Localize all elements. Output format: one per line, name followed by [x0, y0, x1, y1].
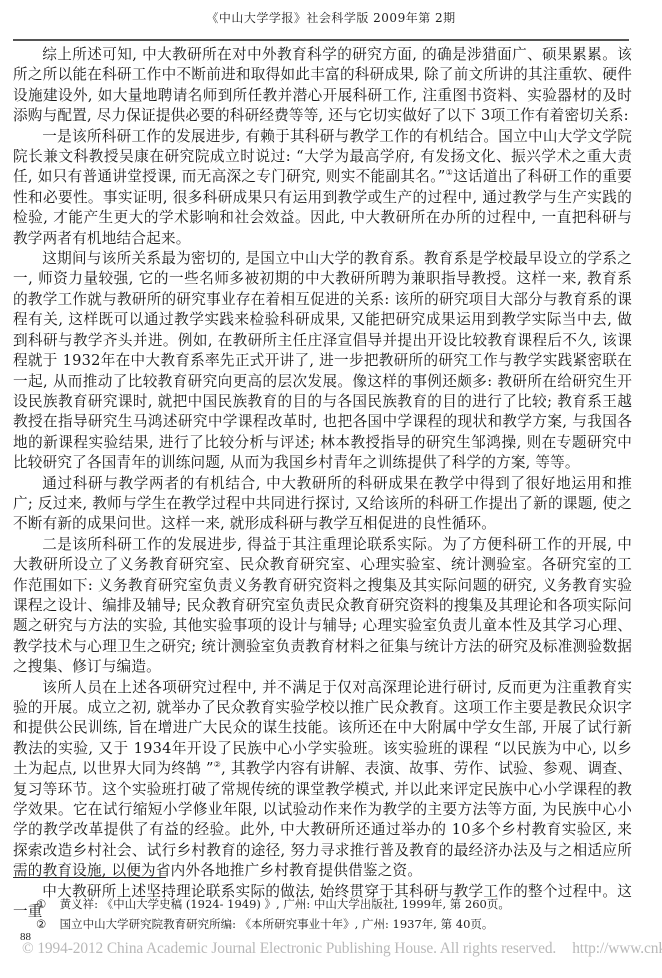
footnote-ref-2[interactable]: ② — [214, 760, 222, 769]
header-rule — [13, 39, 629, 41]
paragraph-6: 该所人员在上述各项研究过程中, 并不满足于仅对高深理论进行研讨, 反而更为注重教… — [13, 678, 632, 882]
footnotes: ① 黄义祥: 《中山大学史稿 (1924- 1949) 》, 广州: 中山大学出… — [36, 894, 636, 934]
cnki-url[interactable]: http://www.cnki.net — [572, 940, 662, 957]
paragraph-5: 二是该所科研工作的发展进步, 得益于其注重理论联系实际。为了方便科研工作的开展,… — [13, 535, 632, 678]
footnote-2: ② 国立中山大学研究院教育研究所编: 《本所研究事业十年》, 广州: 1937年… — [36, 914, 636, 934]
paragraph-2: 一是该所科研工作的发展进步, 有赖于其科研与教学工作的有机结合。国立中山大学文学… — [13, 127, 632, 249]
paragraph-6-text-cont: , 其教学内容有讲解、表演、故事、劳作、试验、参观、调查、复习等环节。这个实验班… — [13, 760, 632, 879]
footnote-ref-1[interactable]: ① — [446, 168, 454, 177]
paragraph-3: 这期间与该所关系最为密切的, 是国立中山大学的教育系。教育系是学校最早设立的学系… — [13, 249, 632, 473]
footnote-rule — [13, 877, 166, 878]
article-body: 综上所述可知, 中大教研所在对中外教育科学的研究方面, 的确是涉猎面广、硕果累累… — [13, 45, 632, 922]
paragraph-1: 综上所述可知, 中大教研所在对中外教育科学的研究方面, 的确是涉猎面广、硕果累累… — [13, 45, 632, 127]
footnote-2-text: 国立中山大学研究院教育研究所编: 《本所研究事业十年》, 广州: 1937年, … — [60, 917, 494, 931]
copyright-text: © 1994-2012 China Academic Journal Elect… — [22, 940, 556, 957]
running-header: 《中山大学学报》社会科学版 2009年第 2期 — [0, 9, 662, 26]
footnote-1-mark: ① — [36, 894, 56, 914]
copyright-watermark: © 1994-2012 China Academic Journal Elect… — [22, 940, 662, 958]
footnote-2-mark: ② — [36, 914, 56, 934]
footnote-1: ① 黄义祥: 《中山大学史稿 (1924- 1949) 》, 广州: 中山大学出… — [36, 894, 636, 914]
paragraph-4: 通过科研与教学两者的有机结合, 中大教研所的科研成果在教学中得到了很好地运用和推… — [13, 474, 632, 535]
footnote-1-text: 黄义祥: 《中山大学史稿 (1924- 1949) 》, 广州: 中山大学出版社… — [60, 897, 510, 911]
